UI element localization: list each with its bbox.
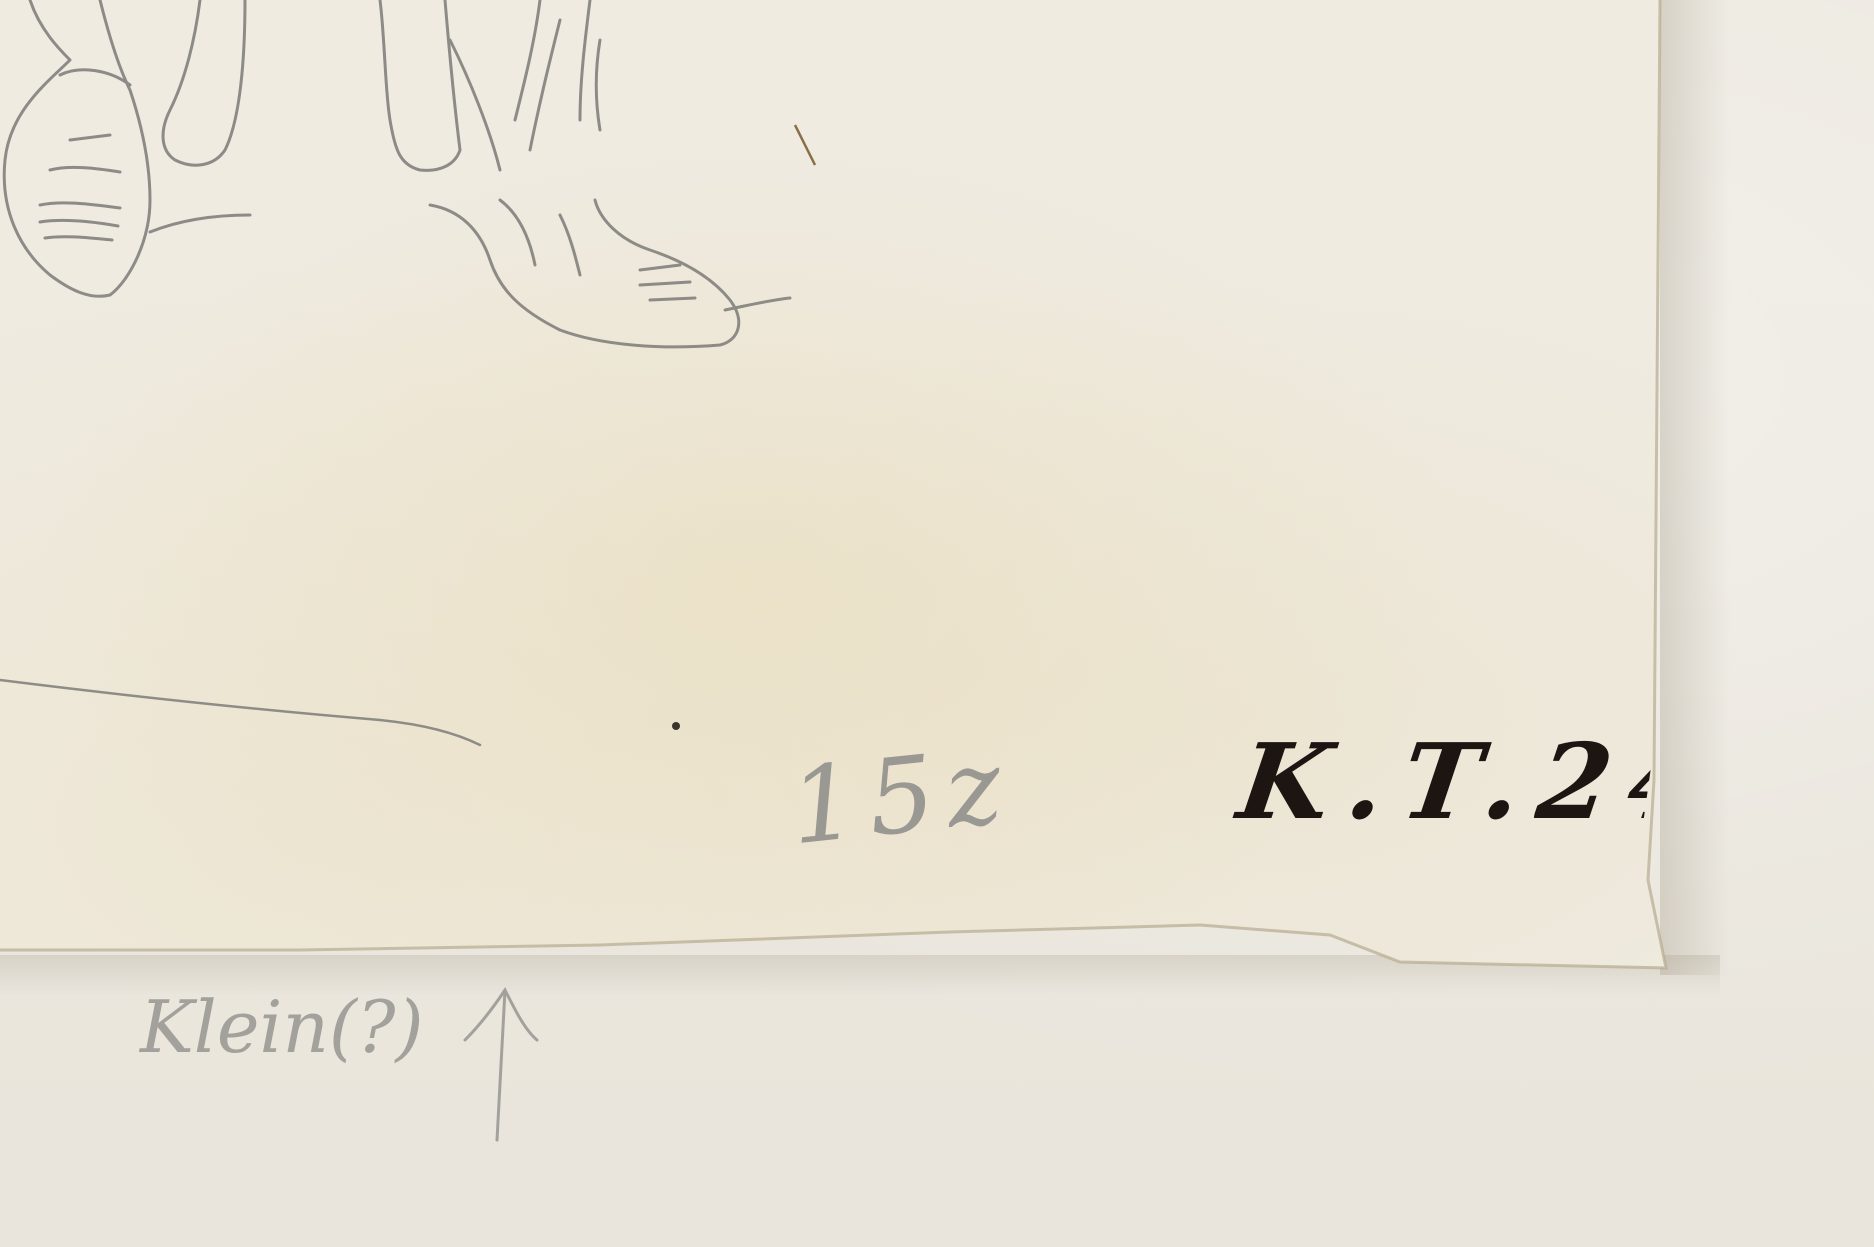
pencil-inventory-number: 15z [784,724,1019,869]
arrow-up-icon [455,985,545,1145]
mount-pencil-note: Klein(?) [140,985,424,1069]
ink-initial-k: K [1231,720,1357,843]
ink-number-cut-off: 24 [1530,720,1657,843]
ink-monogram: K.T.24 [1231,720,1657,843]
sheet-shadow-right [1660,0,1730,975]
